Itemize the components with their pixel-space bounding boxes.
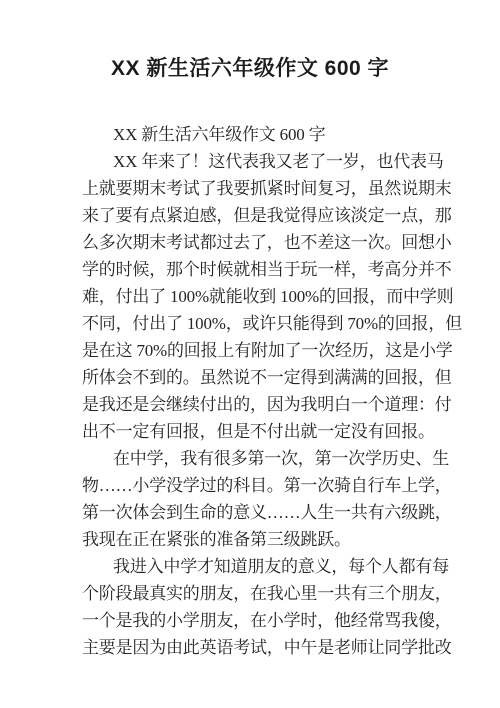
text-line: 难，付出了 100%就能收到 100%的回报，而中学则 (82, 283, 430, 310)
text-line: 个阶段最真实的朋友，在我心里一共有三个朋友， (82, 580, 430, 607)
text-line: 来了要有点紧迫感，但是我觉得应该淡定一点，那 (82, 202, 430, 229)
text-line: 上就要期末考试了我要抓紧时间复习，虽然说期末 (82, 175, 430, 202)
text-line: 不同，付出了 100%，或许只能得到 70%的回报，但 (82, 310, 430, 337)
essay-title: XX 新生活六年级作文 600 字 (0, 52, 500, 86)
text-line: 第一次体会到生命的意义……人生一共有六级跳， (82, 499, 430, 526)
text-line: 是在这 70%的回报上有附加了一次经历，这是小学 (82, 337, 430, 364)
text-line: XX 年来了！这代表我又老了一岁，也代表马 (82, 148, 430, 175)
text-line: 我进入中学才知道朋友的意义，每个人都有每 (82, 553, 430, 580)
text-line: 所体会不到的。虽然说不一定得到满满的回报，但 (82, 364, 430, 391)
text-line: XX 新生活六年级作文 600 字 (82, 121, 430, 148)
text-line: 出不一定有回报，但是不付出就一定没有回报。 (82, 418, 430, 445)
text-line: 物……小学没学过的科目。第一次骑自行车上学， (82, 472, 430, 499)
text-line: 么多次期末考试都过去了，也不差这一次。回想小 (82, 229, 430, 256)
text-line: 我现在正在紧张的准备第三级跳跃。 (82, 526, 430, 553)
document-body: XX 新生活六年级作文 600 字XX 年来了！这代表我又老了一岁，也代表马上就… (82, 121, 430, 661)
document-page: XX 新生活六年级作文 600 字 XX 新生活六年级作文 600 字XX 年来… (0, 0, 500, 708)
text-line: 学的时候，那个时候就相当于玩一样，考高分并不 (82, 256, 430, 283)
text-line: 主要是因为由此英语考试，中午是老师让同学批改 (82, 634, 430, 661)
text-line: 一个是我的小学朋友，在小学时，他经常骂我傻， (82, 607, 430, 634)
text-line: 在中学，我有很多第一次，第一次学历史、生 (82, 445, 430, 472)
text-line: 是我还是会继续付出的，因为我明白一个道理：付 (82, 391, 430, 418)
